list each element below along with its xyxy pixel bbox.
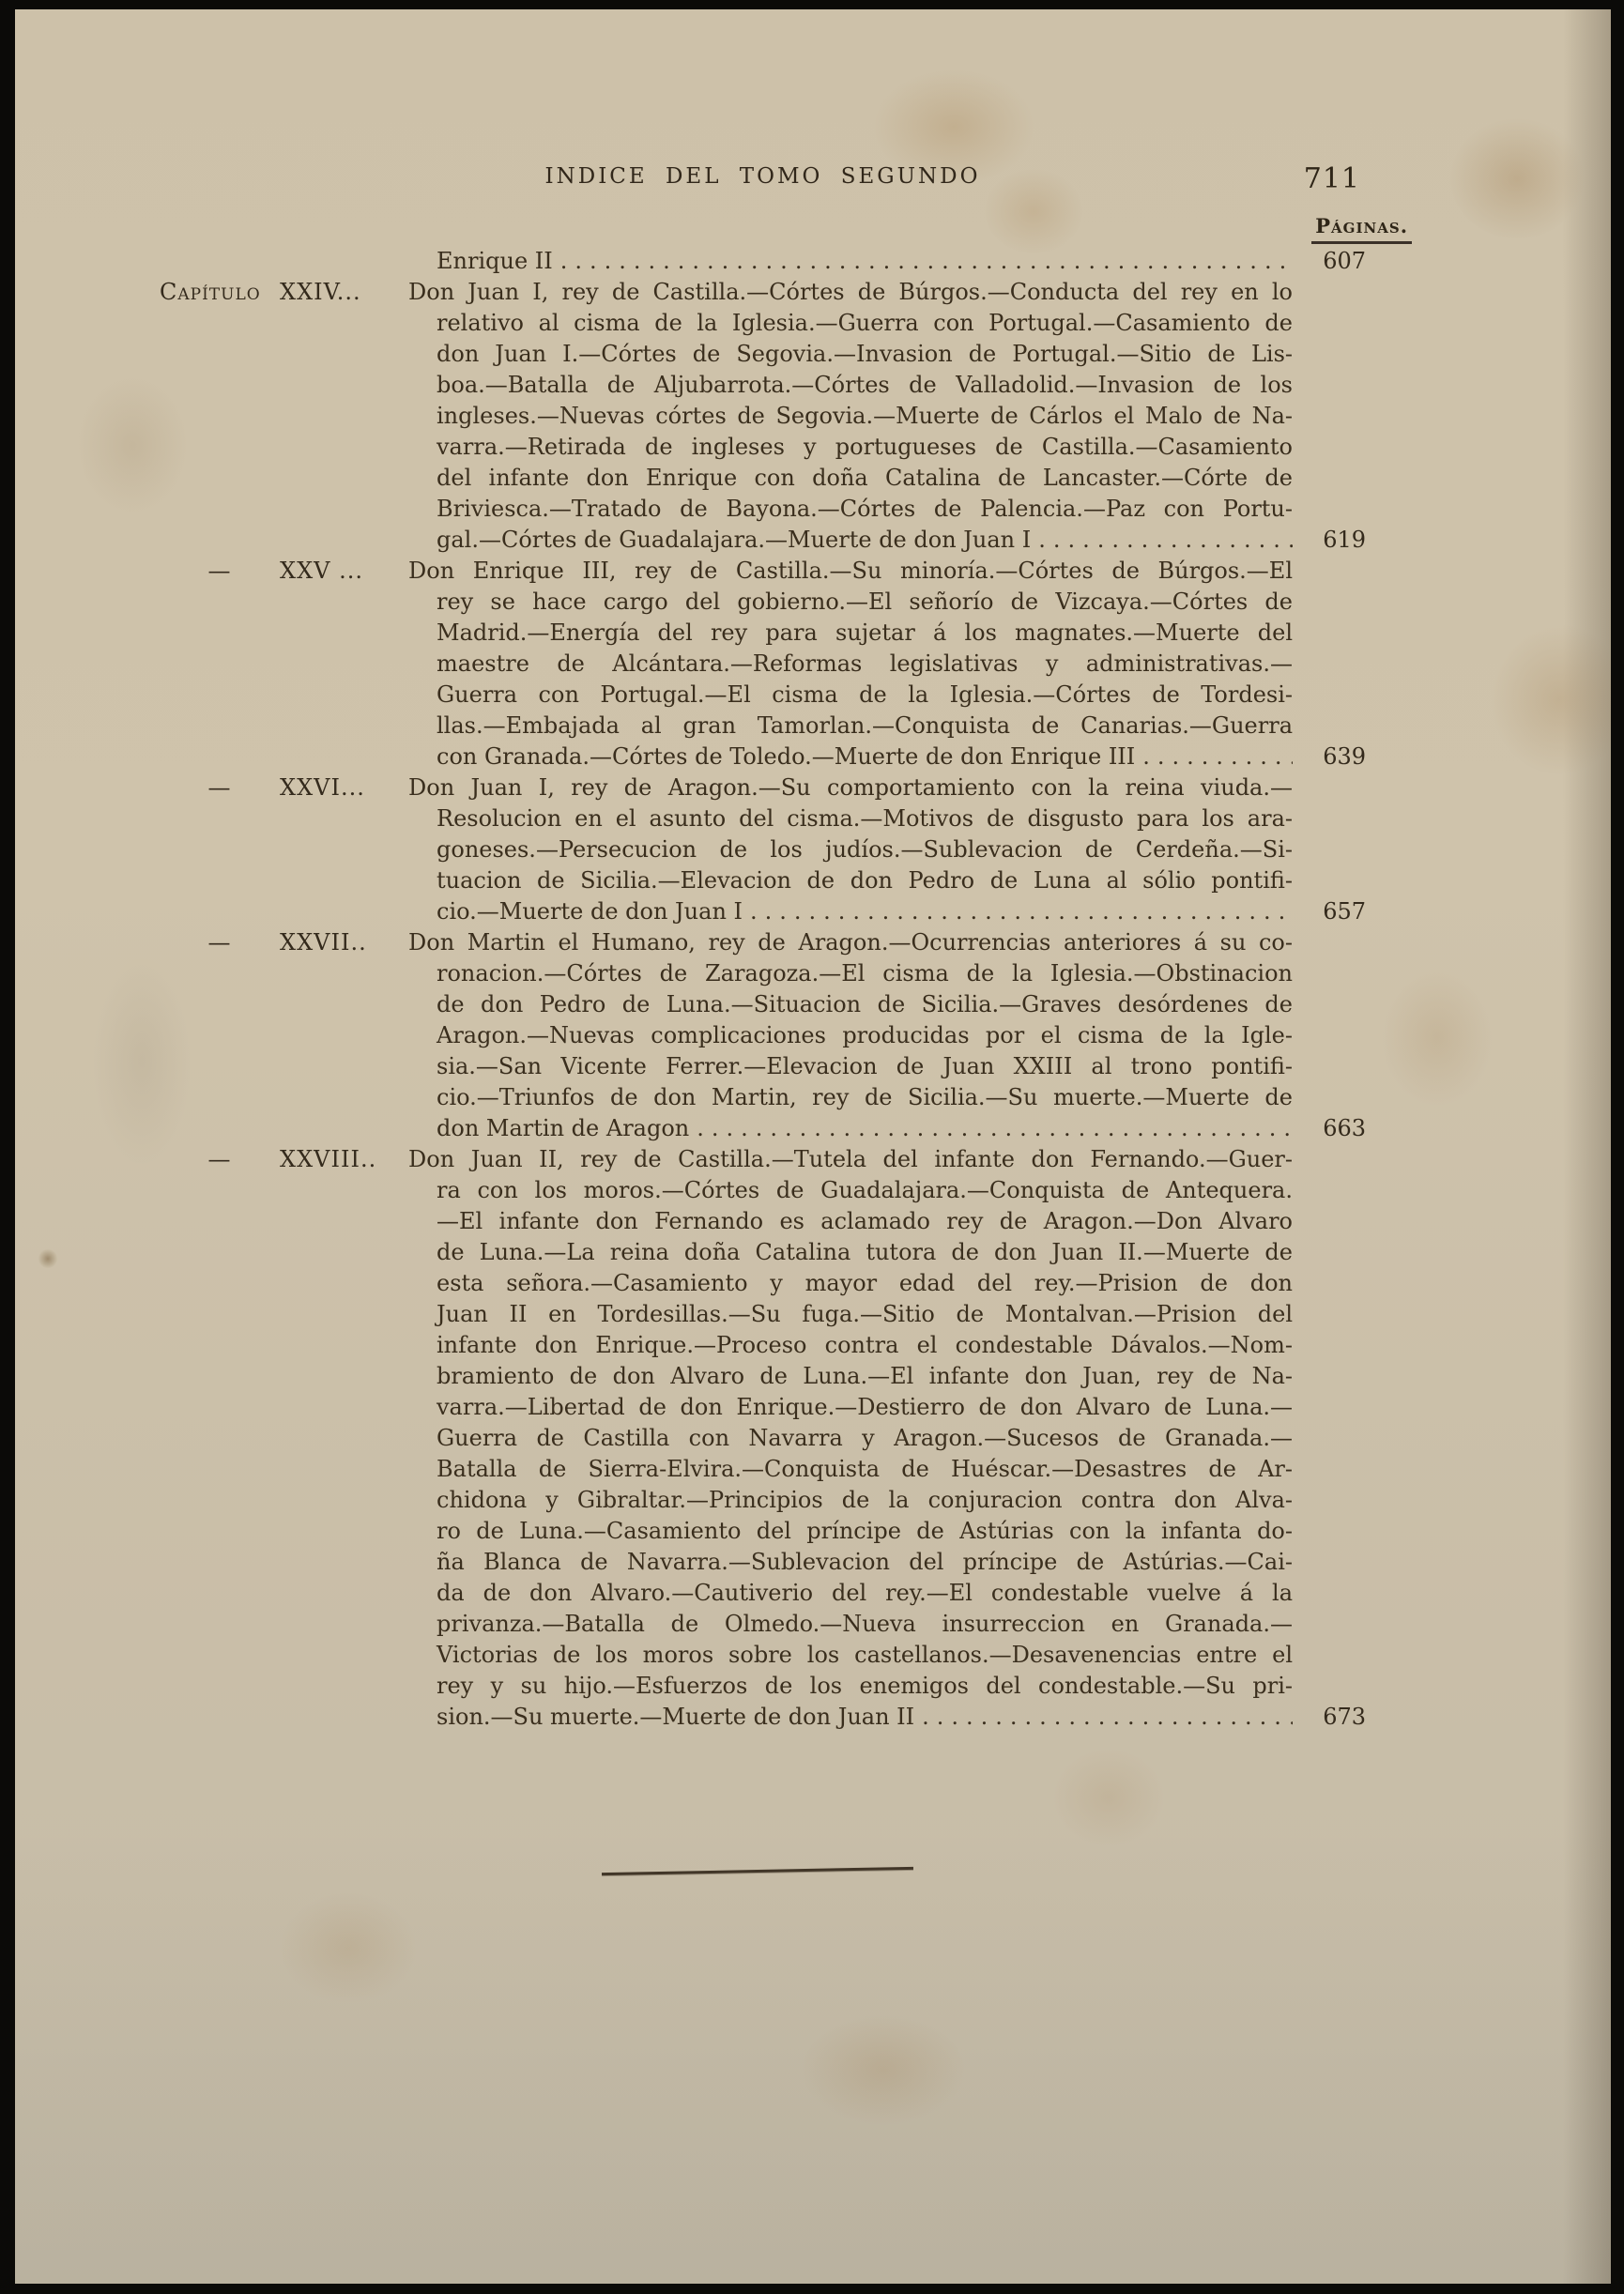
toc-line: da de don Alvaro.—Cautiverio del rey.—El… [408,1578,1293,1609]
chapter-label-prefix: — [160,927,280,958]
toc-line: Batalla de Sierra-Elvira.—Conquista de H… [408,1454,1293,1485]
index-entries: Enrique II..............................… [160,246,1366,1733]
toc-line: llas.—Embajada al gran Tamorlan.—Conquis… [408,711,1293,742]
toc-entry: — XXVII.. Don Martin el Humano, rey de A… [160,927,1366,1144]
toc-line-text: Enrique II [437,246,553,277]
toc-line: esta señora.—Casamiento y mayor edad del… [408,1268,1293,1299]
toc-line: Don Juan I, rey de Castilla.—Córtes de B… [408,277,1293,308]
toc-line-text: don Martin de Aragon [437,1113,689,1144]
toc-line-text: con Granada.—Córtes de Toledo.—Muerte de… [437,742,1135,772]
book-page: INDICE DEL TOMO SEGUNDO 711 Páginas. Enr… [15,9,1611,2284]
entry-page-ref: 607 [1293,246,1366,277]
toc-line: rey y su hijo.—Esfuerzos de los enemigos… [408,1671,1293,1702]
toc-line-text: cio.—Muerte de don Juan I [437,896,743,927]
toc-line: cio.—Triunfos de don Martin, rey de Sici… [408,1082,1293,1113]
toc-line-text: sion.—Su muerte.—Muerte de don Juan II [437,1702,914,1733]
chapter-label: — XXVI... [160,772,408,803]
toc-line: ra con los moros.—Córtes de Guadalajara.… [408,1175,1293,1206]
paginas-label: Páginas. [1311,214,1412,244]
toc-line-text: gal.—Córtes de Guadalajara.—Muerte de do… [437,525,1031,556]
toc-line: sion.—Su muerte.—Muerte de don Juan II..… [408,1702,1293,1733]
entry-page-ref: 663 [1293,1113,1366,1144]
entry-summary: Don Juan I, rey de Castilla.—Córtes de B… [408,277,1293,556]
chapter-label: Capítulo XXIV... [160,277,408,308]
toc-line: cio.—Muerte de don Juan I...............… [408,896,1293,927]
toc-line: Resolucion en el asunto del cisma.—Motiv… [408,803,1293,834]
toc-line: Victorias de los moros sobre los castell… [408,1640,1293,1671]
dot-leader: ........................................… [922,1702,1293,1733]
toc-line: tuacion de Sicilia.—Elevacion de don Ped… [408,865,1293,896]
toc-line: rey se hace cargo del gobierno.—El señor… [408,587,1293,618]
toc-line: Don Martin el Humano, rey de Aragon.—Ocu… [408,927,1293,958]
toc-line: varra.—Retirada de ingleses y portuguese… [408,432,1293,463]
entry-summary: Don Enrique III, rey de Castilla.—Su min… [408,556,1293,772]
paginas-column-header: Páginas. [1311,214,1412,237]
toc-line: boa.—Batalla de Aljubarrota.—Córtes de V… [408,370,1293,401]
dot-leader: ........................................… [750,896,1293,927]
chapter-label: — XXVII.. [160,927,408,958]
entry-summary: Don Juan I, rey de Aragon.—Su comportami… [408,772,1293,927]
toc-entry: — XXV ... Don Enrique III, rey de Castil… [160,556,1366,772]
toc-line: ña Blanca de Navarra.—Sublevacion del pr… [408,1547,1293,1578]
entry-summary: Don Juan II, rey de Castilla.—Tutela del… [408,1144,1293,1733]
chapter-label-prefix: — [160,772,280,803]
toc-line: de Luna.—La reina doña Catalina tutora d… [408,1237,1293,1268]
entry-page-ref: 639 [1293,742,1366,772]
toc-line: ro de Luna.—Casamiento del príncipe de A… [408,1516,1293,1547]
toc-line: Guerra de Castilla con Navarra y Aragon.… [408,1423,1293,1454]
toc-line: Juan II en Tordesillas.—Su fuga.—Sitio d… [408,1299,1293,1330]
toc-line: Don Enrique III, rey de Castilla.—Su min… [408,556,1293,587]
toc-line: maestre de Alcántara.—Reformas legislati… [408,649,1293,680]
entry-summary: Don Martin el Humano, rey de Aragon.—Ocu… [408,927,1293,1144]
toc-line: ronacion.—Córtes de Zaragoza.—El cisma d… [408,958,1293,989]
toc-line: privanza.—Batalla de Olmedo.—Nueva insur… [408,1609,1293,1640]
toc-line: gal.—Córtes de Guadalajara.—Muerte de do… [408,525,1293,556]
toc-line: ingleses.—Nuevas córtes de Segovia.—Muer… [408,401,1293,432]
page-header-title: INDICE DEL TOMO SEGUNDO [160,164,1366,189]
toc-line: goneses.—Persecucion de los judíos.—Subl… [408,834,1293,865]
chapter-numeral: XXVI... [280,772,408,803]
toc-line: bramiento de don Alvaro de Luna.—El infa… [408,1361,1293,1392]
toc-entry: — XXVI... Don Juan I, rey de Aragon.—Su … [160,772,1366,927]
toc-line: Aragon.—Nuevas complicaciones producidas… [408,1020,1293,1051]
entry-page-ref: 673 [1293,1702,1366,1733]
toc-line: infante don Enrique.—Proceso contra el c… [408,1330,1293,1361]
toc-line: Don Juan I, rey de Aragon.—Su comportami… [408,772,1293,803]
toc-line: Enrique II..............................… [408,246,1293,277]
running-head: INDICE DEL TOMO SEGUNDO 711 [160,164,1366,202]
end-rule [602,1867,913,1875]
toc-line: con Granada.—Córtes de Toledo.—Muerte de… [408,742,1293,772]
toc-line: chidona y Gibraltar.—Principios de la co… [408,1485,1293,1516]
dot-leader: ........................................… [1142,742,1293,772]
toc-line: don Martin de Aragon....................… [408,1113,1293,1144]
toc-line: del infante don Enrique con doña Catalin… [408,463,1293,494]
chapter-numeral: XXIV... [280,277,408,308]
toc-line: Guerra con Portugal.—El cisma de la Igle… [408,680,1293,711]
chapter-label-prefix: — [160,1144,280,1175]
chapter-label-prefix: — [160,556,280,587]
chapter-numeral: XXVIII.. [280,1144,408,1175]
chapter-label: — XXVIII.. [160,1144,408,1175]
toc-line: varra.—Libertad de don Enrique.—Destierr… [408,1392,1293,1423]
entry-page-ref: 619 [1293,525,1366,556]
toc-line: don Juan I.—Córtes de Segovia.—Invasion … [408,339,1293,370]
toc-line: relativo al cisma de la Iglesia.—Guerra … [408,308,1293,339]
toc-line: Briviesca.—Tratado de Bayona.—Córtes de … [408,494,1293,525]
toc-line: Madrid.—Energía del rey para sujetar á l… [408,618,1293,649]
entry-page-ref: 657 [1293,896,1366,927]
chapter-label: — XXV ... [160,556,408,587]
toc-entry: Enrique II..............................… [160,246,1366,277]
toc-entry: Capítulo XXIV... Don Juan I, rey de Cast… [160,277,1366,556]
toc-line: Don Juan II, rey de Castilla.—Tutela del… [408,1144,1293,1175]
toc-line: —El infante don Fernando es aclamado rey… [408,1206,1293,1237]
dot-leader: ........................................… [1038,525,1293,556]
toc-entry: — XXVIII.. Don Juan II, rey de Castilla.… [160,1144,1366,1733]
chapter-numeral: XXV ... [280,556,408,587]
chapter-numeral: XXVII.. [280,927,408,958]
dot-leader: ........................................… [697,1113,1293,1144]
toc-line: sia.—San Vicente Ferrer.—Elevacion de Ju… [408,1051,1293,1082]
dot-leader: ........................................… [560,246,1293,277]
chapter-label-prefix: Capítulo [160,277,280,308]
toc-line: de don Pedro de Luna.—Situacion de Sicil… [408,989,1293,1020]
page-number: 711 [1304,162,1360,195]
entry-summary: Enrique II..............................… [408,246,1293,277]
